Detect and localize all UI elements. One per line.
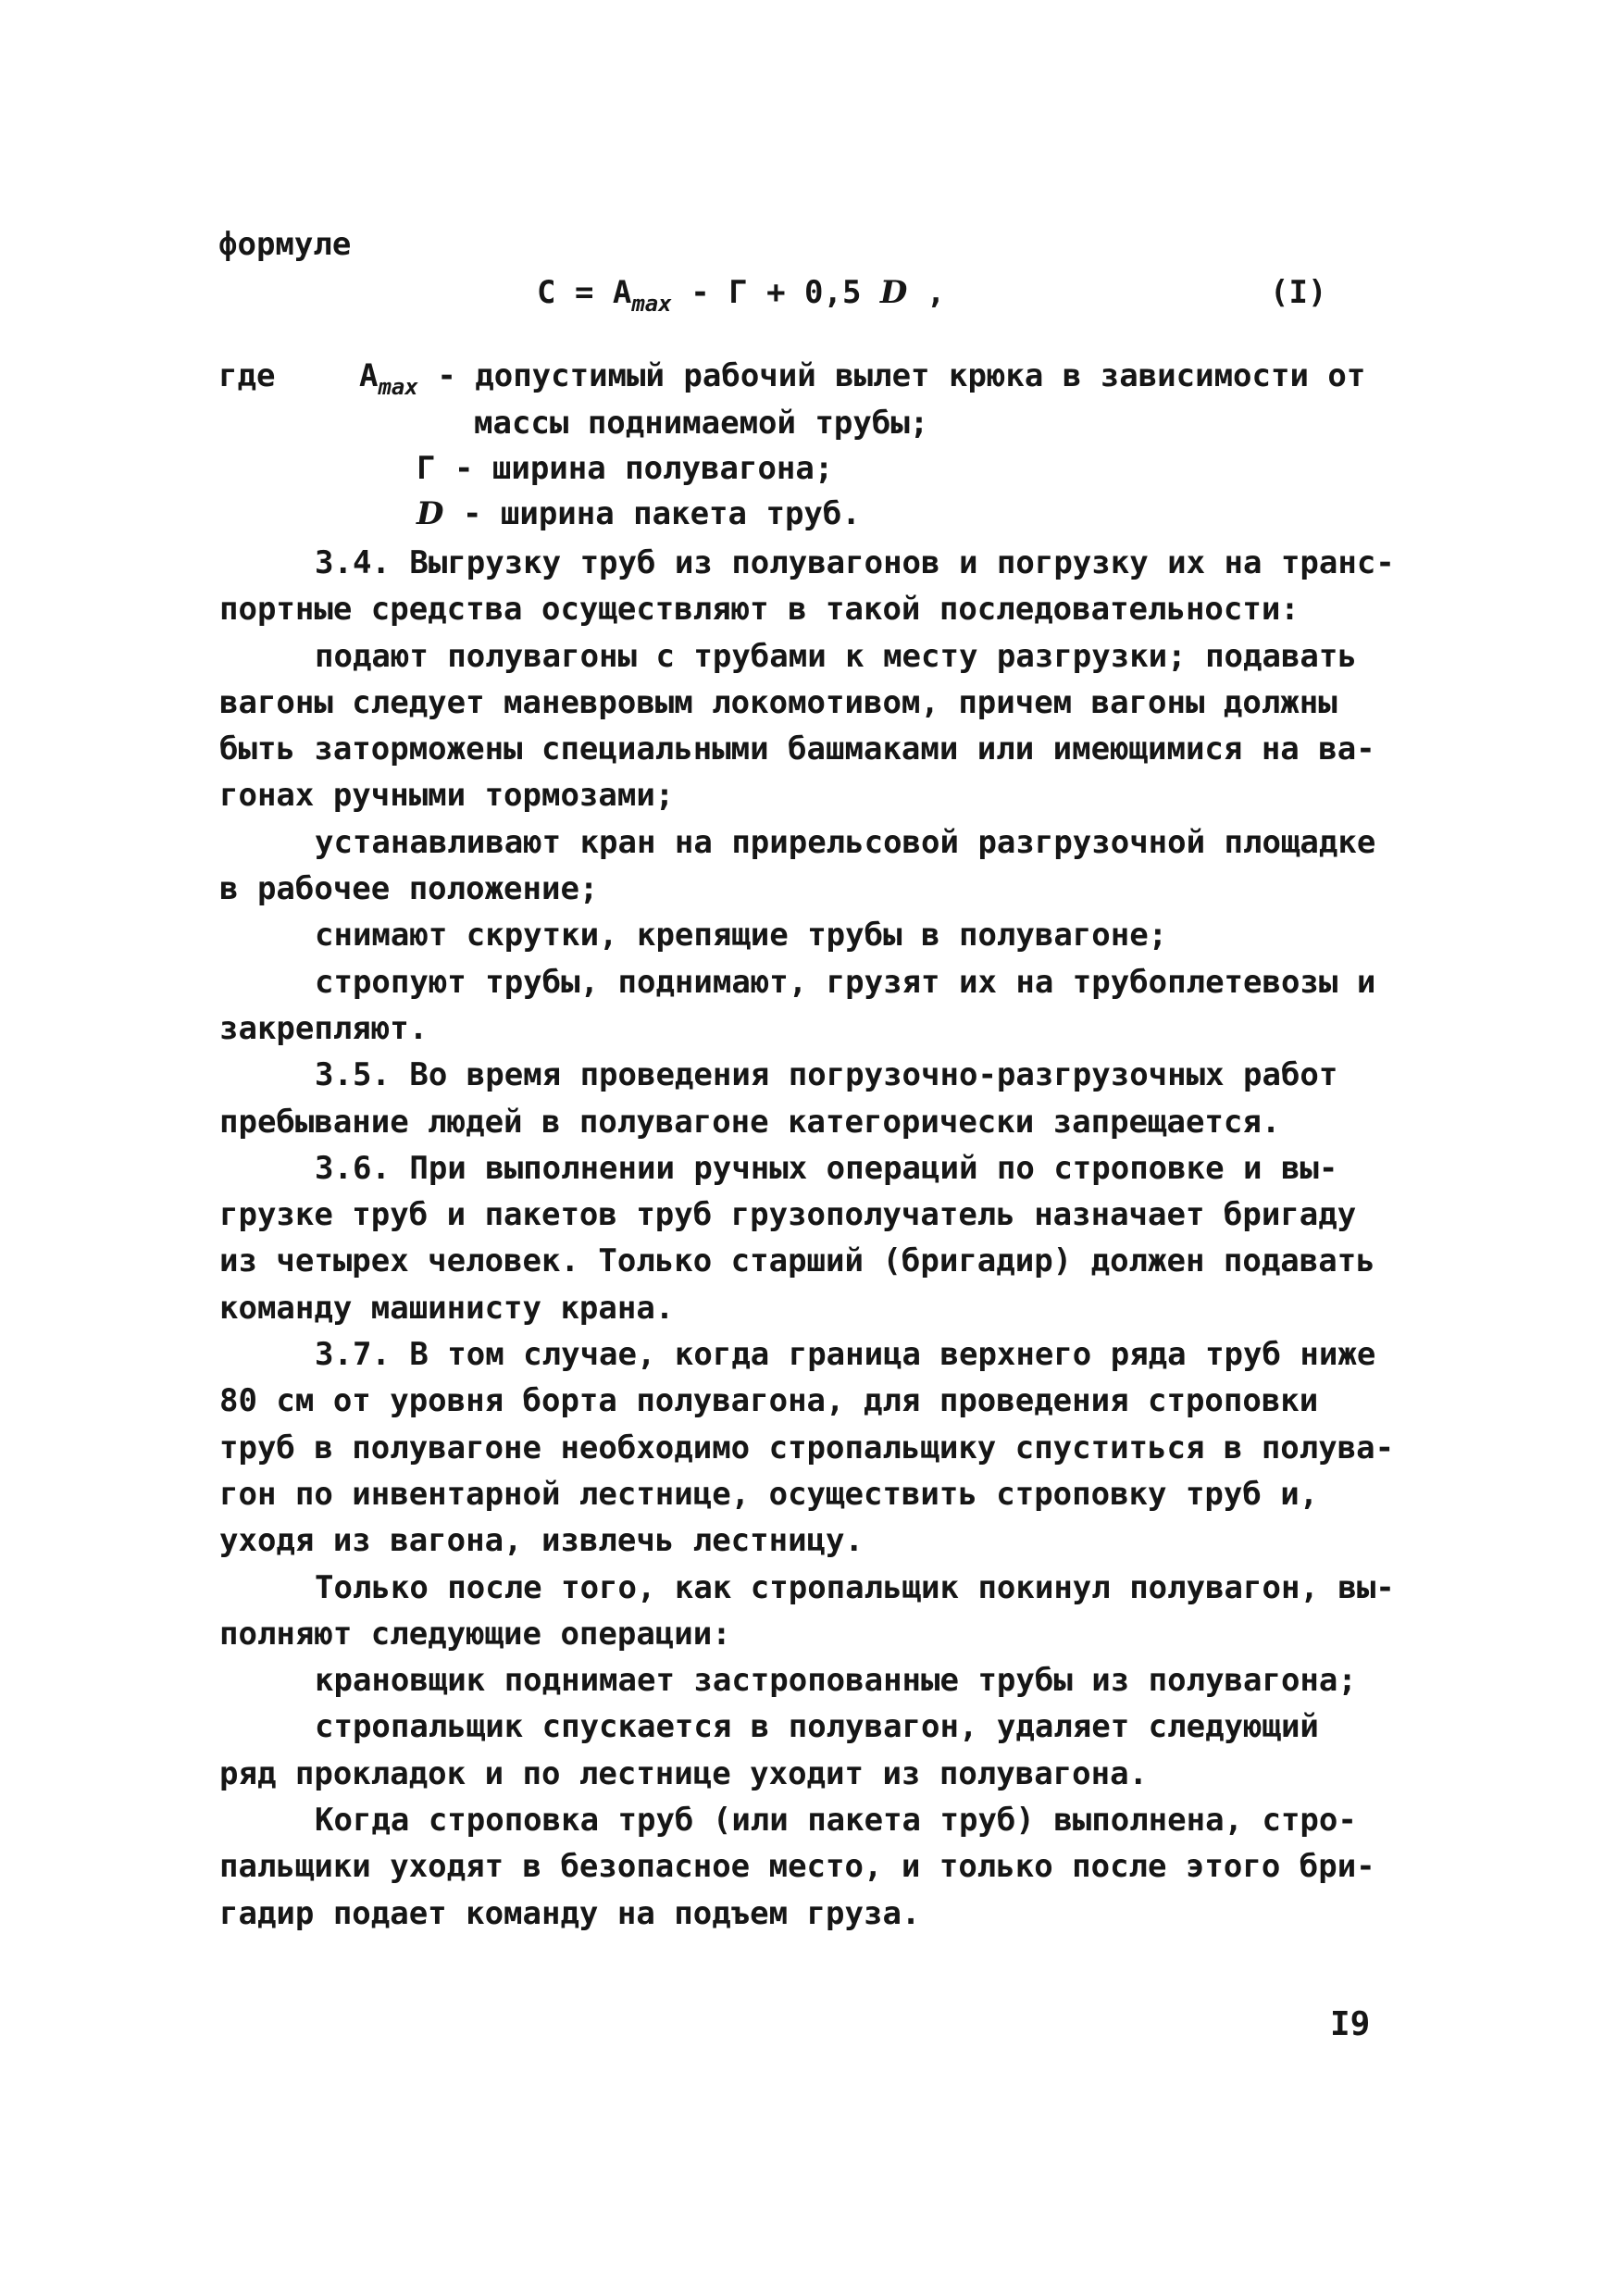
text-line: вагоны следует маневровым локомотивом, п… xyxy=(219,680,1441,726)
formula-lhs: C = A xyxy=(537,274,631,311)
where-var-a-subscript: max xyxy=(378,374,417,400)
text-line: стропальщик спускается в полувагон, удал… xyxy=(219,1703,1441,1750)
text-line: пальщики уходят в безопасное место, и то… xyxy=(219,1843,1441,1890)
formula-d-variable: D xyxy=(880,274,907,311)
text-line: 3.6. При выполнении ручных операций по с… xyxy=(219,1145,1441,1192)
text-line: команду машинисту крана. xyxy=(219,1285,1441,1331)
formula-number: (I) xyxy=(1270,274,1326,311)
formula-subscript: max xyxy=(631,291,671,317)
intro-word: формуле xyxy=(218,226,351,263)
formula: C = Amax - Г + 0,5 D , xyxy=(537,274,945,317)
where-a-text: - допустимый рабочий вылет крюка в завис… xyxy=(418,357,1366,394)
text-line: быть заторможены специальными башмаками … xyxy=(219,726,1441,772)
where-definition-g: Г - ширина полувагона; xyxy=(417,450,833,487)
text-line: крановщик поднимает застропованные трубы… xyxy=(219,1657,1441,1703)
where-label: где xyxy=(218,357,275,394)
where-var-d: D xyxy=(417,495,443,532)
where-definition-a-line2: массы поднимаемой трубы; xyxy=(474,405,928,442)
text-line: Когда строповка труб (или пакета труб) в… xyxy=(219,1797,1441,1843)
text-line: в рабочее положение; xyxy=(219,866,1441,912)
text-line: уходя из вагона, извлечь лестницу. xyxy=(219,1517,1441,1564)
text-line: труб в полувагоне необходимо стропальщик… xyxy=(219,1425,1441,1471)
text-line: 80 см от уровня борта полувагона, для пр… xyxy=(219,1378,1441,1424)
formula-mid: - Г + 0,5 xyxy=(672,274,880,311)
page-number: I9 xyxy=(1330,2005,1370,2043)
text-line: 3.4. Выгрузку труб из полувагонов и погр… xyxy=(219,540,1441,586)
text-line: 3.7. В том случае, когда граница верхнег… xyxy=(219,1331,1441,1378)
text-line: ряд прокладок и по лестнице уходит из по… xyxy=(219,1751,1441,1797)
where-definition-a: Amax - допустимый рабочий вылет крюка в … xyxy=(359,357,1365,400)
text-line: портные средства осуществляют в такой по… xyxy=(219,586,1441,632)
text-line: подают полувагоны с трубами к месту разг… xyxy=(219,633,1441,680)
body-text: 3.4. Выгрузку труб из полувагонов и погр… xyxy=(219,540,1441,1937)
where-var-a: A xyxy=(359,357,378,394)
text-line: устанавливают кран на прирельсовой разгр… xyxy=(219,819,1441,866)
text-line: снимают скрутки, крепящие трубы в полува… xyxy=(219,912,1441,958)
text-line: Только после того, как стропальщик покин… xyxy=(219,1565,1441,1611)
document-page: формуле C = Amax - Г + 0,5 D , (I) где A… xyxy=(0,0,1617,2296)
where-d-text: - ширина пакета труб. xyxy=(443,495,860,532)
text-line: 3.5. Во время проведения погрузочно-разг… xyxy=(219,1052,1441,1098)
text-line: гонах ручными тормозами; xyxy=(219,772,1441,818)
where-definition-d: D - ширина пакета труб. xyxy=(417,495,861,532)
text-line: грузке труб и пакетов труб грузополучате… xyxy=(219,1192,1441,1238)
text-line: закрепляют. xyxy=(219,1005,1441,1052)
text-line: стропуют трубы, поднимают, грузят их на … xyxy=(219,959,1441,1005)
text-line: гон по инвентарной лестнице, осуществить… xyxy=(219,1471,1441,1517)
text-line: полняют следующие операции: xyxy=(219,1611,1441,1657)
formula-tail: , xyxy=(907,274,945,311)
text-line: гадир подает команду на подъем груза. xyxy=(219,1890,1441,1937)
text-line: пребывание людей в полувагоне категориче… xyxy=(219,1099,1441,1145)
text-line: из четырех человек. Только старший (бриг… xyxy=(219,1238,1441,1284)
